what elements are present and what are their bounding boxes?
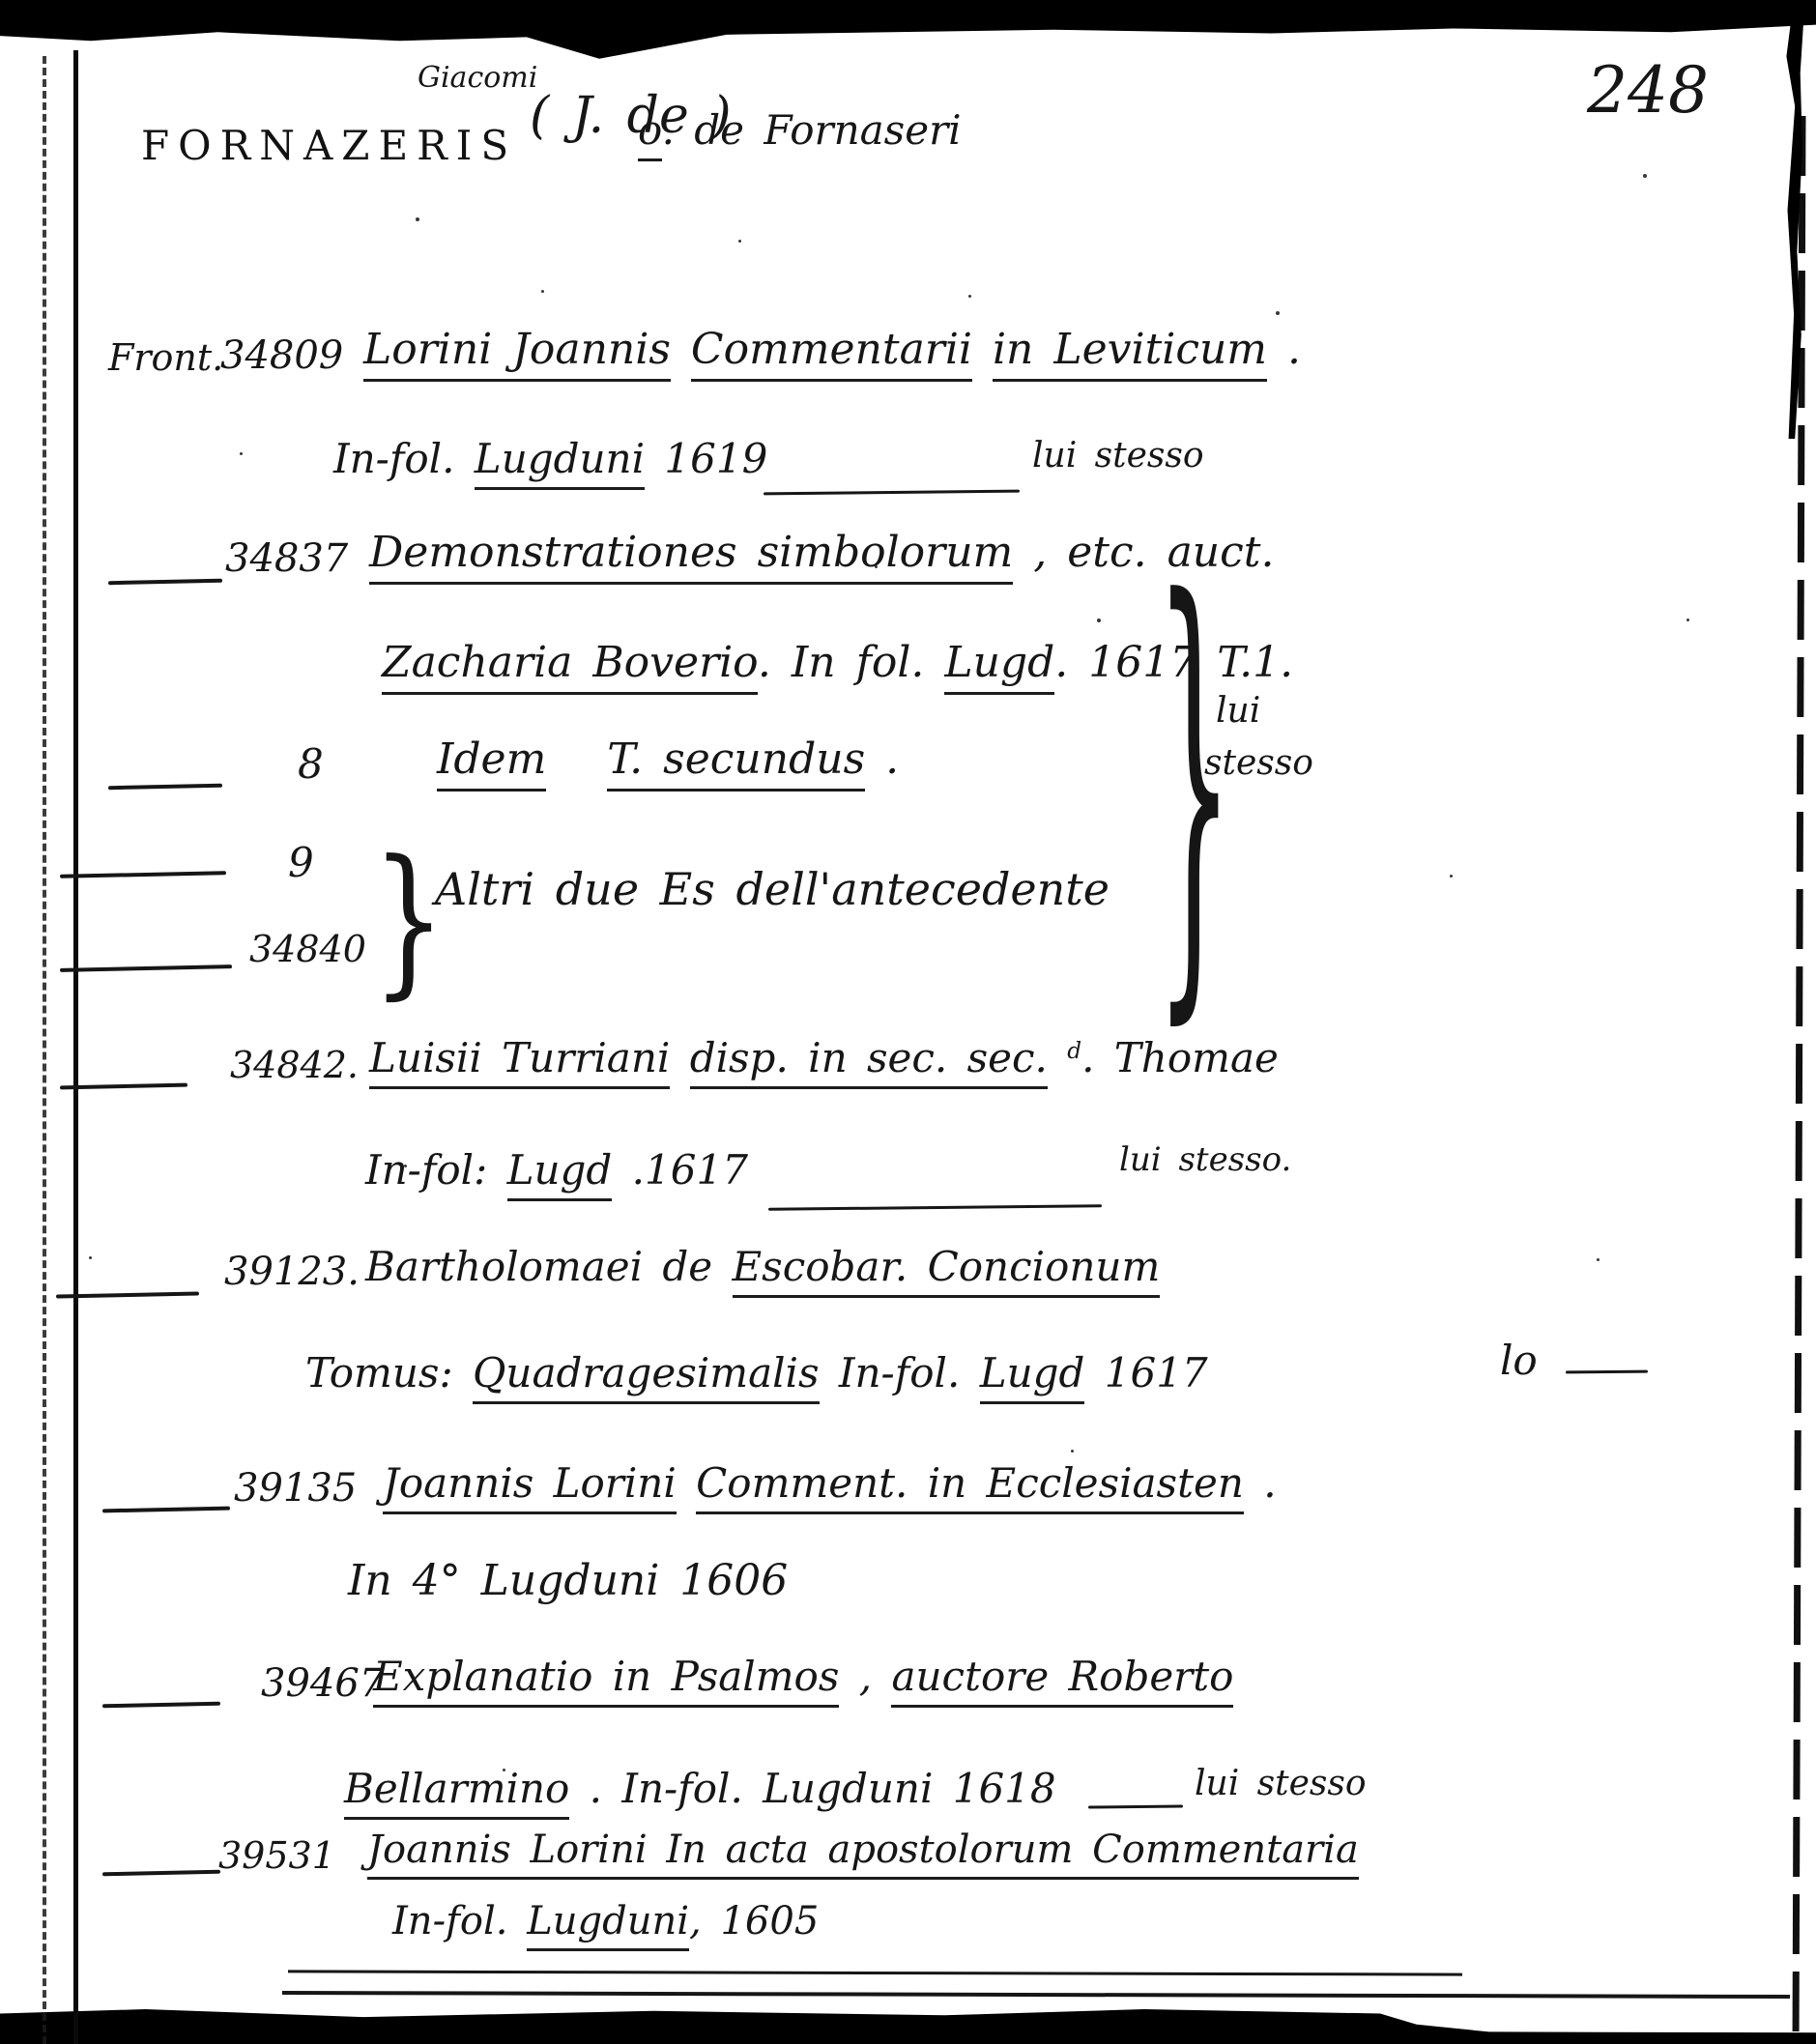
bottom-rule-line <box>288 1970 1462 1975</box>
imprint-segment: Tomus: <box>305 1349 473 1396</box>
bottom-rule-line <box>282 1991 1790 1999</box>
ditto-dash <box>60 964 232 972</box>
imprint-segment: Quadragesimalis <box>473 1349 820 1404</box>
rule-line <box>768 1204 1102 1211</box>
entry-title: Demonstrationes simbolorum , etc. auct. <box>369 530 1274 576</box>
entry-number: 39123. <box>224 1251 360 1293</box>
imprint-segment: Lugd <box>944 638 1054 695</box>
scan-bottom-edge <box>0 2001 1816 2044</box>
speckle <box>1643 174 1647 178</box>
left-margin-rule <box>73 50 78 2044</box>
speckle <box>240 452 243 455</box>
title-segment: in Leviticum <box>993 325 1267 382</box>
title-segment: Joannis Lorini In acta apostolorum Comme… <box>367 1828 1359 1880</box>
speckle <box>1097 619 1101 622</box>
speckle <box>89 1256 92 1259</box>
imprint-segment: Lugd <box>507 1146 613 1201</box>
group-note-line2: stesso <box>1204 744 1313 783</box>
cross-reference-initial: o <box>638 106 662 161</box>
title-segment: Demonstrationes simbolorum <box>369 528 1013 585</box>
imprint-segment: Zacharia Boverio <box>382 638 758 695</box>
title-segment: . <box>865 734 899 784</box>
speckle <box>738 240 741 243</box>
title-segment: disp. in sec. sec. <box>690 1034 1048 1089</box>
speckle <box>1450 875 1453 878</box>
rule-line <box>764 490 1020 496</box>
title-segment: T. secundus <box>607 734 865 792</box>
group-note-line1: lui <box>1216 692 1260 731</box>
entry-imprint: Bellarmino . In-fol. Lugduni 1618 <box>344 1767 1056 1811</box>
entry-title: Explanatio in Psalmos , auctore Roberto <box>373 1655 1233 1699</box>
speckle <box>1686 619 1689 621</box>
entry-title: Luisii Turriani disp. in sec. sec. d. Th… <box>369 1036 1279 1080</box>
imprint-segment: In 4° Lugduni 1606 <box>348 1556 788 1605</box>
imprint-segment: In-fol: <box>365 1146 507 1194</box>
entry-number: 39531 <box>218 1836 335 1877</box>
title-segment: Luisii Turriani <box>369 1034 670 1089</box>
title-segment: Joannis Lorini <box>383 1459 677 1514</box>
title-segment: . Thomae <box>1081 1034 1279 1081</box>
imprint-segment: In-fol. <box>820 1349 980 1396</box>
imprint-segment: Lugduni <box>475 435 645 490</box>
title-segment <box>671 325 691 374</box>
entry-number: 8 <box>298 742 324 787</box>
ditto-dash <box>60 871 226 878</box>
scan-top-edge <box>0 0 1816 62</box>
title-segment: , <box>839 1653 891 1700</box>
speckle <box>968 295 971 298</box>
entry-imprint: In-fol: Lugd .1617 <box>365 1148 748 1193</box>
header-cross-reference: o. de Fornaseri <box>638 108 962 153</box>
title-segment <box>677 1459 696 1507</box>
entry-title: Lorini Joannis Commentarii in Leviticum … <box>363 327 1301 373</box>
imprint-segment: , 1605 <box>689 1899 819 1943</box>
title-segment: Commentarii <box>691 325 972 382</box>
entry-prefix: Front. <box>108 338 223 379</box>
title-segment-superscript: d <box>1067 1039 1081 1064</box>
entry-title: Joannis Lorini In acta apostolorum Comme… <box>367 1828 1359 1871</box>
header-surname: FORNAZERIS <box>141 122 517 169</box>
entry-number: 9 <box>288 841 314 885</box>
left-margin-dotted-rule <box>43 56 46 2044</box>
imprint-segment: . In fol. <box>758 638 945 687</box>
same-owner-note: lo <box>1500 1339 1538 1383</box>
imprint-segment: Lugduni <box>527 1899 689 1951</box>
title-segment: Idem <box>437 734 546 792</box>
header-annotation: Giacomi <box>418 62 537 94</box>
entry-imprint: In 4° Lugduni 1606 <box>348 1558 788 1604</box>
title-segment <box>972 325 993 374</box>
ditto-dash <box>102 1870 220 1877</box>
rule-line <box>1088 1804 1183 1808</box>
entry-title: Altri due Es dell'antecedente <box>435 865 1110 914</box>
imprint-segment: In-fol. <box>333 435 475 482</box>
entry-title: Joannis Lorini Comment. in Ecclesiasten … <box>383 1461 1277 1506</box>
speckle <box>1071 1450 1074 1453</box>
cross-reference-rest: . de Fornaseri <box>662 106 962 154</box>
title-segment: Explanatio in Psalmos <box>373 1653 839 1708</box>
ditto-dash <box>108 784 222 790</box>
ditto-dash <box>108 579 222 585</box>
page-number: 248 <box>1587 56 1709 127</box>
same-owner-note: lui stesso <box>1195 1765 1367 1803</box>
entry-number: 39135 <box>234 1467 357 1510</box>
rule-line <box>1566 1370 1648 1374</box>
title-segment: Altri due Es dell'antecedente <box>435 863 1110 915</box>
entry-imprint: Tomus: Quadragesimalis In-fol. Lugd 1617 <box>305 1351 1208 1396</box>
speckle <box>416 217 419 221</box>
entry-number: 34842. <box>230 1046 359 1086</box>
title-segment <box>670 1034 689 1081</box>
same-owner-note: lui stesso <box>1032 437 1204 475</box>
title-segment: Lorini Joannis <box>363 325 671 382</box>
imprint-segment: 1617 <box>1084 1349 1207 1396</box>
ditto-dash <box>60 1083 187 1090</box>
entry-number: 34840 <box>249 930 366 970</box>
entry-title: Idem T. secundus . <box>437 736 899 783</box>
title-segment: Escobar. Concionum <box>733 1243 1161 1298</box>
title-segment: Bartholomaei de <box>365 1243 733 1290</box>
speckle <box>1597 1258 1600 1261</box>
group-brace: } <box>1155 547 1233 1025</box>
speckle <box>1276 311 1280 315</box>
imprint-segment: Bellarmino <box>344 1765 569 1820</box>
entry-number: 34837 <box>225 537 348 580</box>
entry-imprint: In-fol. Lugduni, 1605 <box>392 1900 819 1943</box>
imprint-segment: . In-fol. Lugduni 1618 <box>569 1765 1055 1812</box>
title-segment <box>546 734 607 784</box>
entry-title: Bartholomaei de Escobar. Concionum <box>365 1245 1160 1289</box>
same-owner-note: lui stesso. <box>1119 1142 1291 1178</box>
imprint-segment: 1619 <box>645 435 767 482</box>
title-segment: auctore Roberto <box>891 1653 1233 1708</box>
title-segment: . <box>1244 1459 1277 1507</box>
speckle <box>541 290 544 293</box>
ditto-dash <box>102 1702 220 1709</box>
title-segment: . <box>1267 325 1301 374</box>
title-segment: Comment. in Ecclesiasten <box>696 1459 1244 1514</box>
imprint-segment: Lugd <box>980 1349 1085 1404</box>
imprint-segment: .1617 <box>612 1146 748 1194</box>
entry-imprint: In-fol. Lugduni 1619 <box>333 437 767 481</box>
title-segment <box>1048 1034 1067 1081</box>
ditto-dash <box>102 1507 230 1513</box>
manuscript-page: 248 Giacomi FORNAZERIS ( J. de ) o. de F… <box>0 0 1816 2044</box>
entry-number: 39467 <box>261 1662 384 1705</box>
imprint-segment: In-fol. <box>392 1899 527 1943</box>
entry-number: 34809 <box>220 334 343 377</box>
title-segment: , etc. auct. <box>1013 528 1274 577</box>
